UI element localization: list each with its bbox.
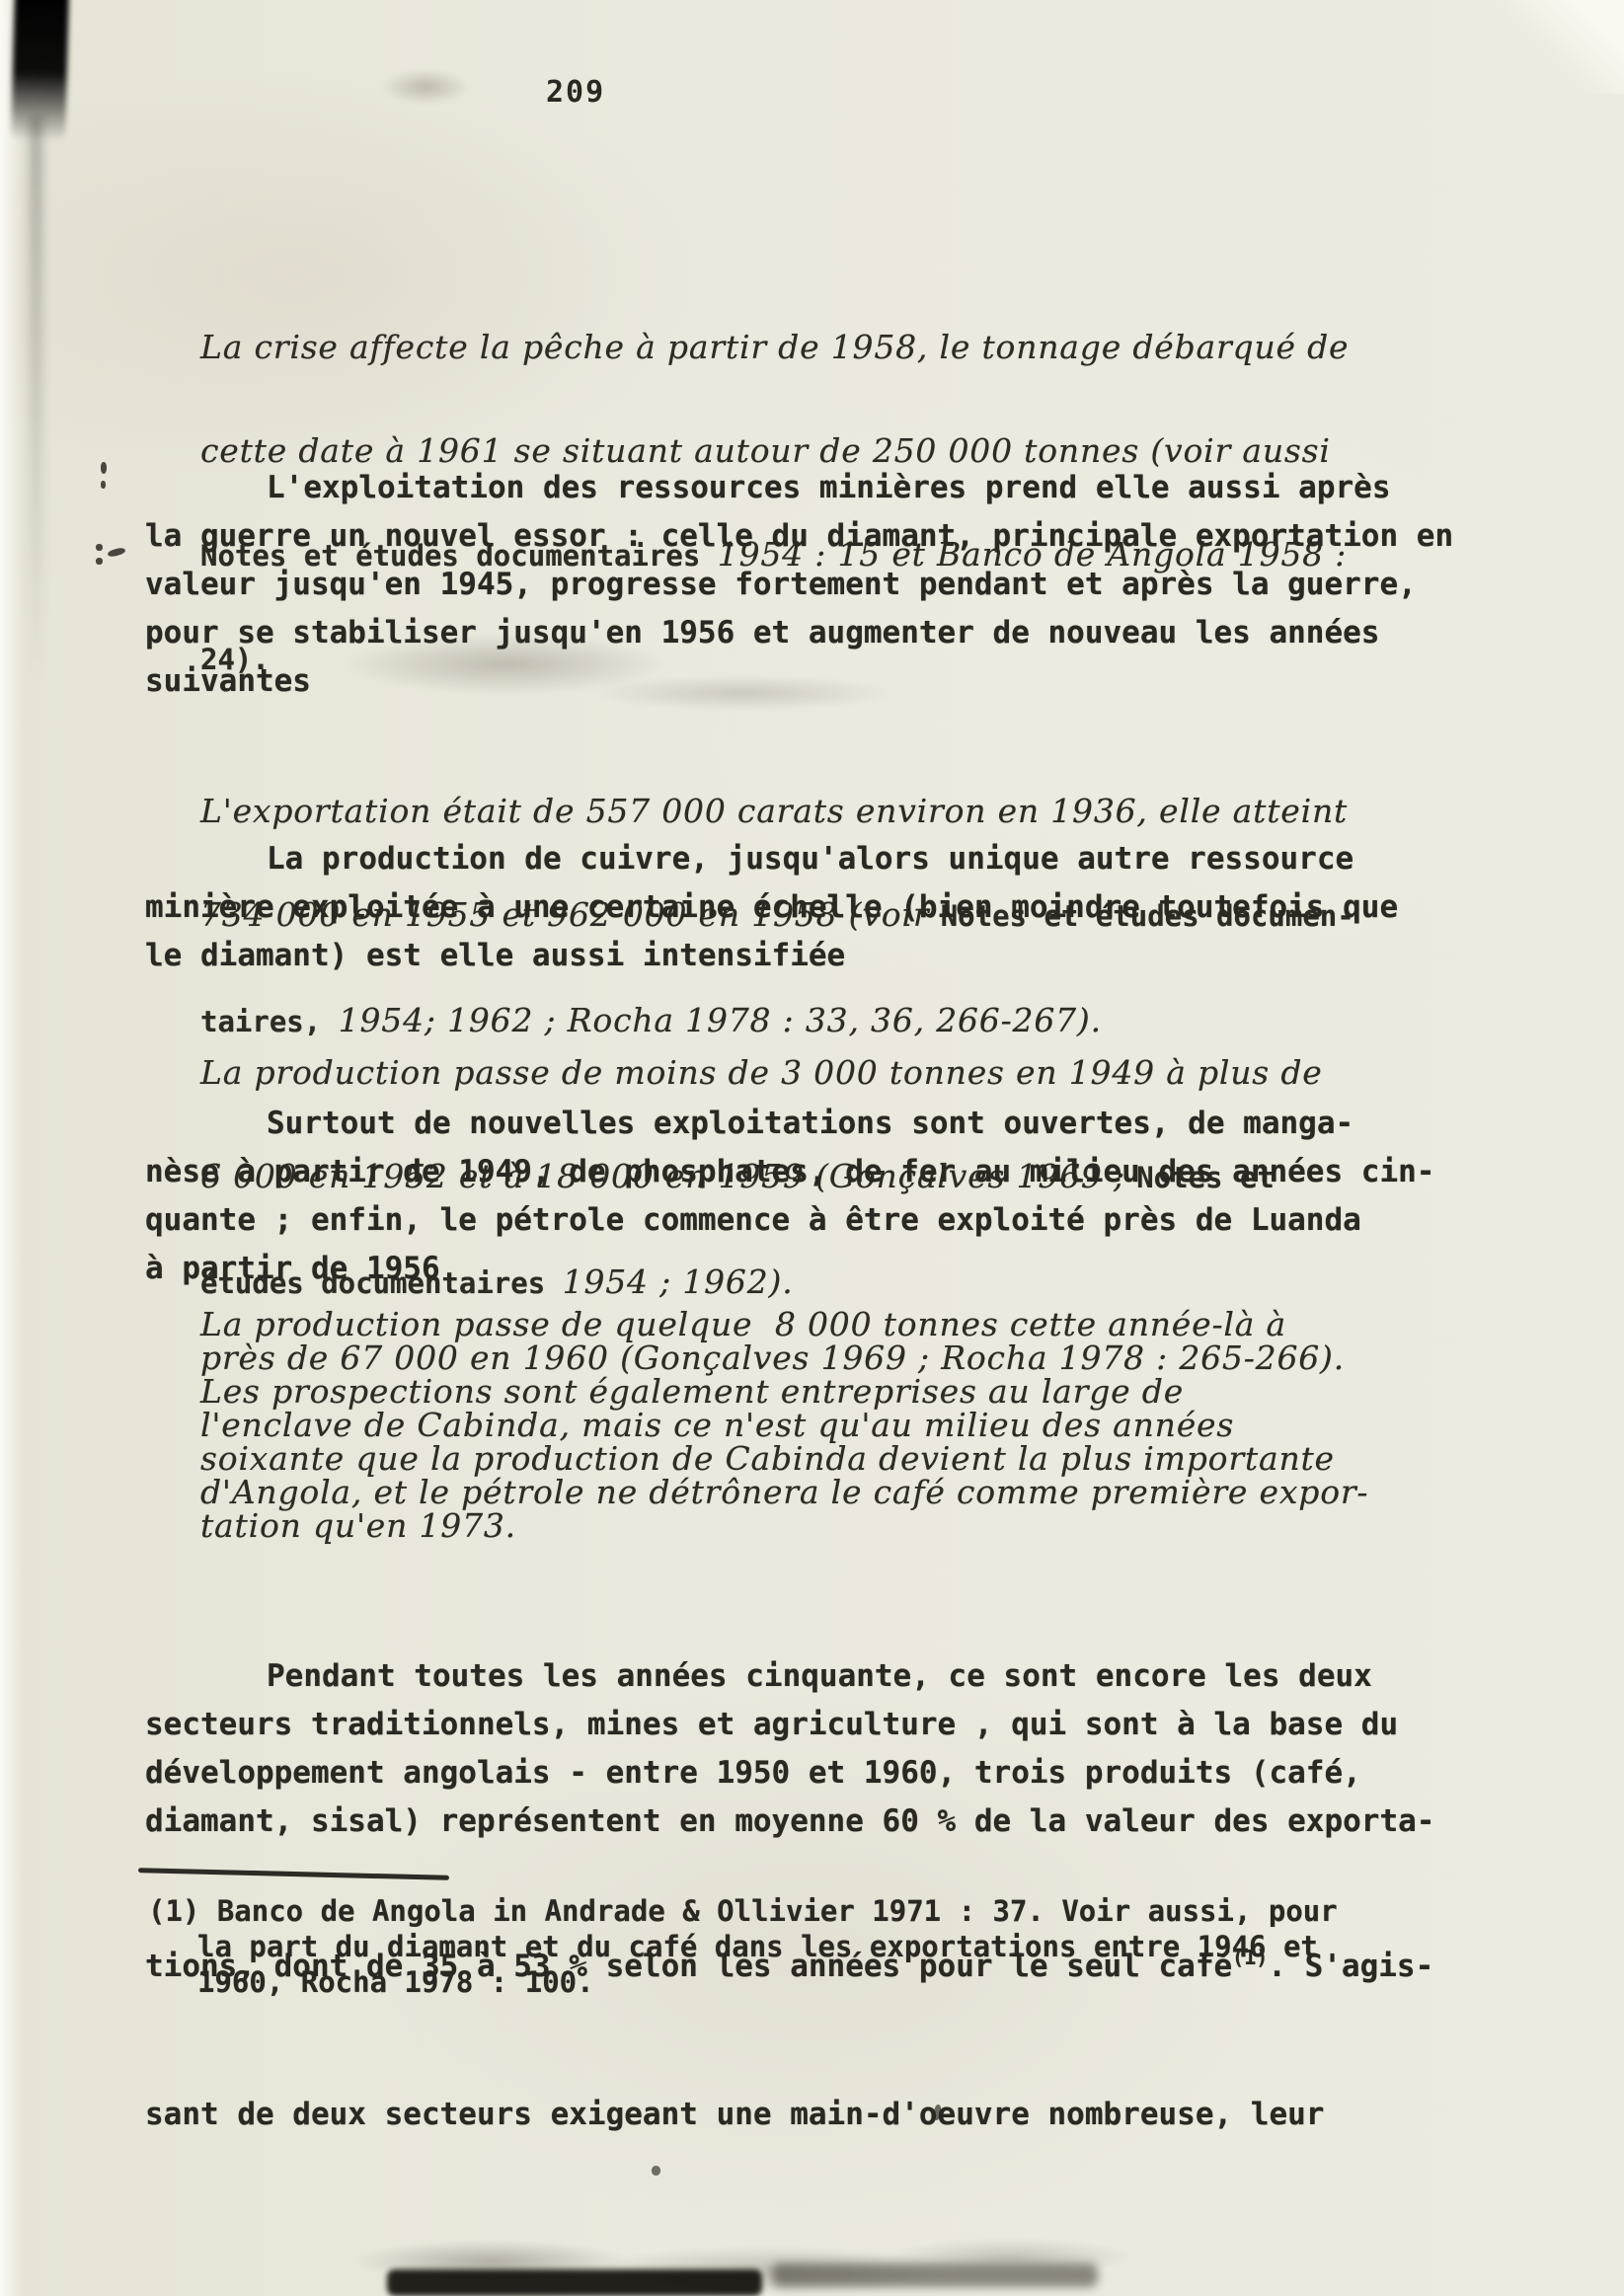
quote-line: La production passe de moins de 3 000 to… — [200, 1055, 1323, 1090]
paragraph-new-mines: Surtout de nouvelles exploitations sont … — [145, 1100, 1434, 1293]
paragraph-copper: La production de cuivre, jusqu'alors uni… — [145, 835, 1398, 980]
quote-block-oil: La production passe de quelque 8 000 ton… — [200, 1308, 1368, 1543]
pencil-smudge-near-page-number — [381, 69, 470, 105]
quote-line: L'exportation était de 557 000 carats en… — [200, 794, 1354, 828]
paragraph-mining: L'exploitation des ressources minières p… — [145, 464, 1453, 706]
margin-mark-colon — [96, 558, 103, 565]
margin-mark-dash — [107, 547, 125, 558]
quote-line: La crise affecte la pêche à partir de 19… — [200, 330, 1349, 364]
footnote-text: (1) Banco de Angola in Andrade & Ollivie… — [148, 1893, 1338, 2000]
margin-mark-dot — [101, 462, 107, 474]
scan-black-bar-bottom — [387, 2269, 762, 2296]
page-left-edge — [0, 0, 22, 2296]
scan-streak-left-faint — [30, 116, 42, 689]
paragraph-lines: Pendant toutes les années cinquante, ce … — [145, 1652, 1434, 1846]
scan-gray-bar-bottom — [772, 2263, 1098, 2287]
margin-mark-colon — [96, 544, 103, 551]
page-corner-top-right — [1486, 0, 1624, 94]
paragraph-line: sant de deux secteurs exigeant une main-… — [145, 2091, 1434, 2139]
margin-mark-dot — [101, 481, 106, 489]
quote-line: cette date à 1961 se situant autour de 2… — [200, 433, 1349, 468]
page-number: 209 — [546, 75, 605, 110]
scanned-document-page: 209 La crise affecte la pêche à partir d… — [0, 0, 1624, 2296]
